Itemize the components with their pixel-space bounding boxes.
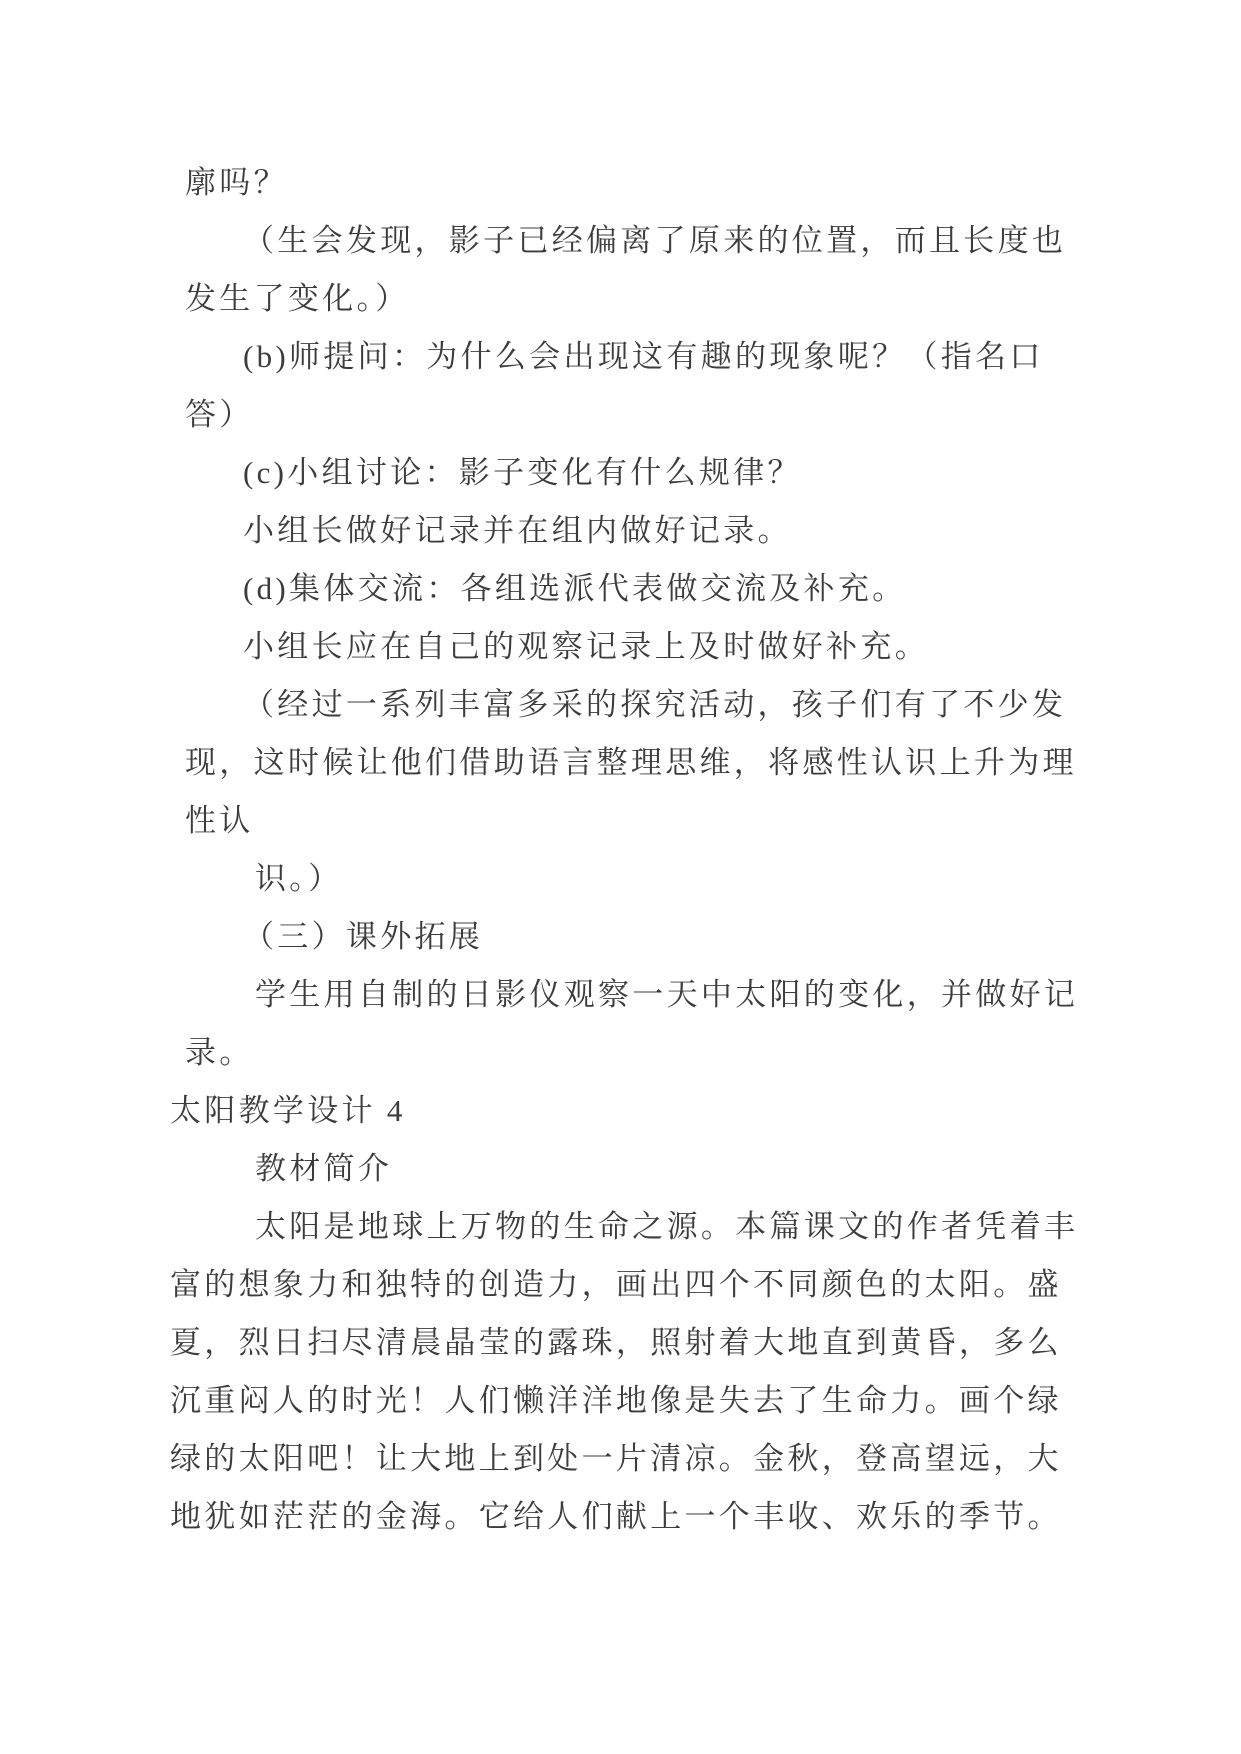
text-line: 夏，烈日扫尽清晨晶莹的露珠，照射着大地直到黄昏，多么: [170, 1314, 1181, 1372]
text-line: （生会发现，影子已经偏离了原来的位置，而且长度也: [243, 212, 1181, 270]
document-text-block: 廓吗？（生会发现，影子已经偏离了原来的位置，而且长度也发生了变化。）(b)师提问…: [170, 154, 1181, 1546]
text-line: 地犹如茫茫的金海。它给人们献上一个丰收、欢乐的季节。: [170, 1488, 1181, 1546]
text-line: 答）: [185, 386, 1181, 444]
document-page: 廓吗？（生会发现，影子已经偏离了原来的位置，而且长度也发生了变化。）(b)师提问…: [0, 0, 1241, 1754]
text-line: 沉重闷人的时光！人们懒洋洋地像是失去了生命力。画个绿: [170, 1372, 1181, 1430]
text-line: (c)小组讨论：影子变化有什么规律？: [243, 444, 1181, 502]
text-line: 教材简介: [255, 1140, 1181, 1198]
text-line: (d)集体交流：各组选派代表做交流及补充。: [243, 560, 1181, 618]
text-line: (b)师提问：为什么会出现这有趣的现象呢？（指名口: [243, 328, 1181, 386]
text-line: 性认: [185, 792, 1181, 850]
section-title-line: 太阳教学设计 4: [170, 1082, 1181, 1140]
text-line: 富的想象力和独特的创造力，画出四个不同颜色的太阳。盛: [170, 1256, 1181, 1314]
text-line: 学生用自制的日影仪观察一天中太阳的变化，并做好记: [255, 966, 1181, 1024]
text-line: （经过一系列丰富多采的探究活动，孩子们有了不少发: [243, 676, 1181, 734]
text-line: 录。: [185, 1024, 1181, 1082]
text-line: 绿的太阳吧！让大地上到处一片清凉。金秋，登高望远，大: [170, 1430, 1181, 1488]
text-line: 太阳是地球上万物的生命之源。本篇课文的作者凭着丰: [255, 1198, 1181, 1256]
text-line: 现，这时候让他们借助语言整理思维，将感性认识上升为理: [185, 734, 1181, 792]
text-line: 发生了变化。）: [185, 270, 1181, 328]
text-line: 廓吗？: [185, 154, 1181, 212]
text-line: 小组长应在自己的观察记录上及时做好补充。: [243, 618, 1181, 676]
text-line: 小组长做好记录并在组内做好记录。: [243, 502, 1181, 560]
text-line: 识。）: [255, 850, 1181, 908]
text-line: （三）课外拓展: [243, 908, 1181, 966]
